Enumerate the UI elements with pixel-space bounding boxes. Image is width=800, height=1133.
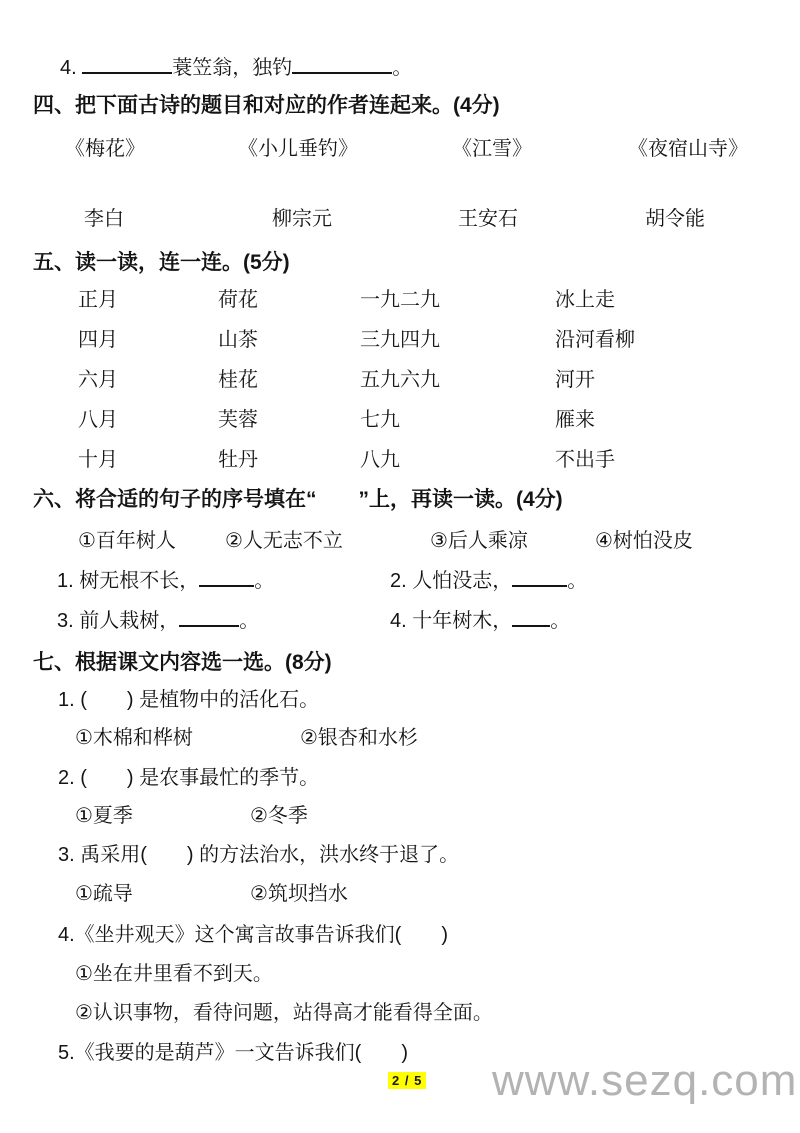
poem-title: 《江雪》 — [452, 137, 532, 161]
section4-title: 四、把下面古诗的题目和对应的作者连起来。(4分) — [33, 93, 500, 118]
flower-cell: 荷花 — [218, 288, 258, 312]
question-line: 5.《我要的是葫芦》一文告诉我们( ) — [58, 1041, 408, 1065]
answer-blank — [512, 567, 567, 587]
option-item: ①木棉和桦树 — [75, 726, 193, 750]
nines-cell: 一九二九 — [360, 288, 440, 312]
section6-question-row: 1. 树无根不长，。 2. 人怕没志，。 — [0, 567, 800, 595]
item-number: 2. — [390, 570, 407, 592]
sentence-item: 3. 前人栽树，。 — [57, 607, 259, 633]
poem-title: 《夜宿山寺》 — [628, 137, 748, 161]
option-item: ②冬季 — [250, 804, 308, 828]
phrase-cell: 不出手 — [555, 448, 615, 472]
month-cell: 正月 — [78, 288, 118, 312]
flower-cell: 山茶 — [218, 328, 258, 352]
item-number: 4. — [390, 610, 407, 632]
sentence-item: 4. 十年树木，。 — [390, 607, 570, 633]
month-cell: 四月 — [78, 328, 118, 352]
item-number: 1. — [57, 570, 74, 592]
poem-authors-row: 李白 柳宗元 王安石 胡令能 — [0, 207, 800, 233]
question-line: 4.《坐井观天》这个寓言故事告诉我们( ) — [58, 923, 448, 947]
fill-blank-line-4: 4. 蓑笠翁，独钓。 — [60, 54, 412, 80]
poem-titles-row: 《梅花》 《小儿垂钓》 《江雪》 《夜宿山寺》 — [0, 137, 800, 163]
nines-cell: 七九 — [360, 408, 400, 432]
sentence-text: 前人栽树， — [79, 610, 179, 632]
match-row: 正月 荷花 一九二九 冰上走 — [0, 288, 800, 314]
match-row: 八月 芙蓉 七九 雁来 — [0, 408, 800, 434]
answer-blank — [179, 607, 239, 627]
poem-author: 胡令能 — [645, 207, 705, 231]
question-line: 1. ( ) 是植物中的活化石。 — [58, 688, 319, 712]
poem-title: 《小儿垂钓》 — [238, 137, 358, 161]
option-item: ③后人乘凉 — [430, 529, 528, 553]
section6-options-row: ①百年树人 ②人无志不立 ③后人乘凉 ④树怕没皮 — [0, 529, 800, 555]
option-item: ①百年树人 — [78, 529, 176, 553]
item-number: 4. — [60, 57, 77, 79]
question-line: 2. ( ) 是农事最忙的季节。 — [58, 766, 319, 790]
match-row: 四月 山茶 三九四九 沿河看柳 — [0, 328, 800, 354]
period: 。 — [254, 570, 274, 592]
section6-title: 六、将合适的句子的序号填在“ ”上，再读一读。(4分) — [33, 487, 563, 512]
page-number-badge: 2 / 5 — [388, 1072, 426, 1089]
sentence-item: 1. 树无根不长，。 — [57, 567, 274, 593]
flower-cell: 桂花 — [218, 368, 258, 392]
options-row: ①疏导 ②筑坝挡水 — [0, 882, 800, 908]
option-item: ②认识事物，看待问题，站得高才能看得全面。 — [75, 1001, 493, 1025]
month-cell: 十月 — [78, 448, 118, 472]
period: 。 — [550, 610, 570, 632]
option-item: ②人无志不立 — [225, 529, 343, 553]
match-row: 六月 桂花 五九六九 河开 — [0, 368, 800, 394]
nines-cell: 三九四九 — [360, 328, 440, 352]
answer-blank — [82, 54, 172, 74]
poem-author: 柳宗元 — [272, 207, 332, 231]
match-row: 十月 牡丹 八九 不出手 — [0, 448, 800, 474]
options-row: ①木棉和桦树 ②银杏和水杉 — [0, 726, 800, 752]
watermark: www.sezq.com — [492, 1056, 797, 1106]
section7-title: 七、根据课文内容选一选。(8分) — [33, 650, 332, 675]
sentence-item: 2. 人怕没志，。 — [390, 567, 587, 593]
sentence-text: 树无根不长， — [79, 570, 199, 592]
period: 。 — [567, 570, 587, 592]
section5-title: 五、读一读，连一连。(5分) — [33, 250, 290, 275]
month-cell: 六月 — [78, 368, 118, 392]
answer-blank — [292, 54, 392, 74]
nines-cell: 五九六九 — [360, 368, 440, 392]
nines-cell: 八九 — [360, 448, 400, 472]
exam-paper-page: 4. 蓑笠翁，独钓。 四、把下面古诗的题目和对应的作者连起来。(4分) 《梅花》… — [0, 0, 800, 1133]
option-item: ①坐在井里看不到天。 — [75, 962, 273, 986]
option-item: ②筑坝挡水 — [250, 882, 348, 906]
flower-cell: 芙蓉 — [218, 408, 258, 432]
poem-author: 王安石 — [458, 207, 518, 231]
poem-author: 李白 — [84, 207, 124, 231]
sentence-text: 人怕没志， — [412, 570, 512, 592]
phrase-cell: 沿河看柳 — [555, 328, 635, 352]
section6-question-row: 3. 前人栽树，。 4. 十年树木，。 — [0, 607, 800, 635]
flower-cell: 牡丹 — [218, 448, 258, 472]
period: 。 — [239, 610, 259, 632]
sentence-text: 十年树木， — [412, 610, 512, 632]
question-line: 3. 禹采用( ) 的方法治水，洪水终于退了。 — [58, 843, 459, 867]
phrase-cell: 河开 — [555, 368, 595, 392]
month-cell: 八月 — [78, 408, 118, 432]
option-item: ②银杏和水杉 — [300, 726, 418, 750]
phrase-cell: 雁来 — [555, 408, 595, 432]
option-item: ④树怕没皮 — [595, 529, 693, 553]
verse-text: 蓑笠翁，独钓 — [172, 57, 292, 79]
option-item: ①疏导 — [75, 882, 133, 906]
phrase-cell: 冰上走 — [555, 288, 615, 312]
poem-title: 《梅花》 — [65, 137, 145, 161]
answer-blank — [512, 607, 550, 627]
option-item: ①夏季 — [75, 804, 133, 828]
answer-blank — [199, 567, 254, 587]
options-row: ①夏季 ②冬季 — [0, 804, 800, 830]
item-number: 3. — [57, 610, 74, 632]
period: 。 — [392, 57, 412, 79]
